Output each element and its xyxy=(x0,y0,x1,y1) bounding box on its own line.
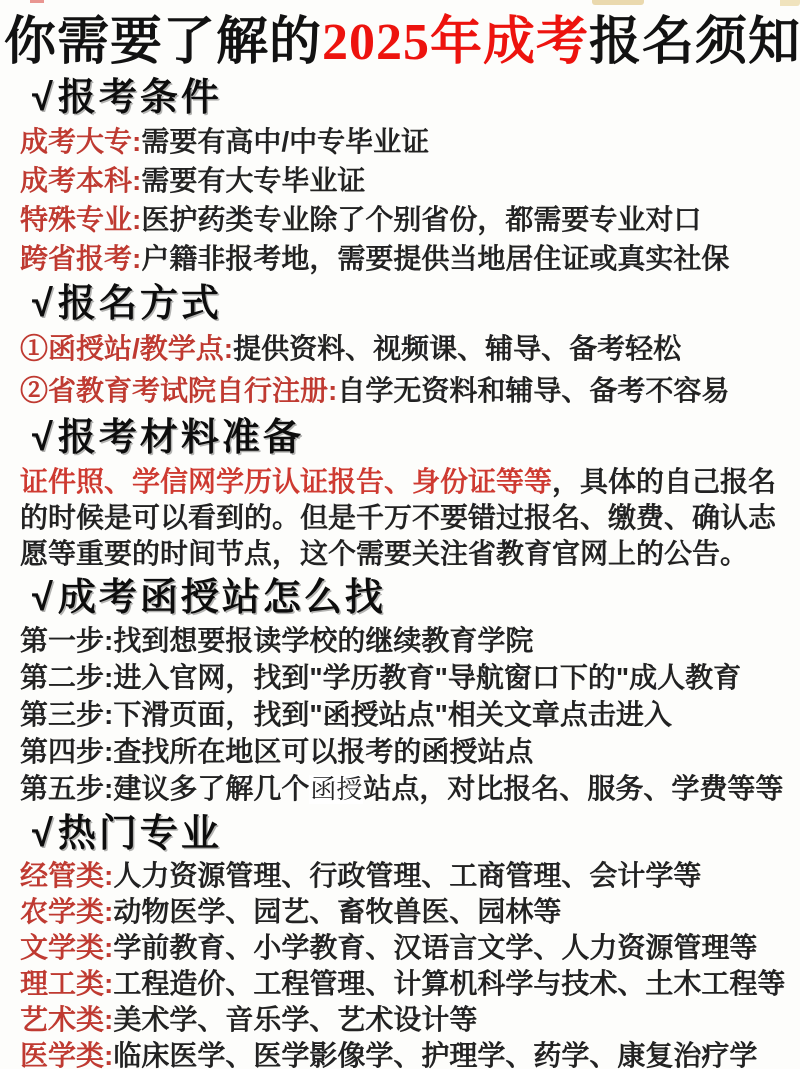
section-heading-register: √报名方式 xyxy=(20,280,780,328)
section-heading-conditions: √报考条件 xyxy=(20,74,780,122)
step-text: 查找所在地区可以报考的函授站点 xyxy=(113,736,533,767)
line-label: 跨省报考: xyxy=(20,243,141,274)
line-text: 户籍非报考地，需要提供当地居住证或真实社保 xyxy=(141,243,729,274)
checkmark-icon: √ xyxy=(32,77,56,119)
checkmark-icon: √ xyxy=(32,283,56,325)
major-line: 医学类:临床医学、医学影像学、护理学、药学、康复治疗学 xyxy=(20,1038,780,1069)
step-text-after: 站点，对比报名、服务、学费等等 xyxy=(363,773,783,804)
major-line: 理工类:工程造价、工程管理、计算机科学与技术、土木工程等 xyxy=(20,966,780,1002)
line-text: 医护药类专业除了个别省份，都需要专业对口 xyxy=(141,204,701,235)
major-line: 经管类:人力资源管理、行政管理、工商管理、会计学等 xyxy=(20,858,780,894)
title-prefix: 你需要了解的 xyxy=(4,14,322,71)
step-line: 第四步:查找所在地区可以报考的函授站点 xyxy=(20,733,780,770)
info-line: 成考大专:需要有高中/中专毕业证 xyxy=(20,122,780,161)
line-label: ①函授站/教学点: xyxy=(20,333,233,364)
section-heading-label: 报考条件 xyxy=(58,77,222,119)
step-line: 第五步:建议多了解几个函授站点，对比报名、服务、学费等等 xyxy=(20,770,780,808)
step-line: 第一步:找到想要报读学校的继续教育学院 xyxy=(20,622,780,659)
checkmark-icon: √ xyxy=(32,813,56,855)
section-steps: 第一步:找到想要报读学校的继续教育学院 第二步:进入官网，找到"学历教育"导航窗… xyxy=(20,622,780,808)
line-label: 成考本科: xyxy=(20,165,141,196)
step-text: 找到想要报读学校的继续教育学院 xyxy=(113,625,533,656)
tape-decoration xyxy=(592,0,644,5)
step-text: 进入官网，找到"学历教育"导航窗口下的"成人教育 xyxy=(113,662,741,693)
major-text: 工程造价、工程管理、计算机科学与技术、土木工程等 xyxy=(113,968,785,999)
section-heading-label: 热门专业 xyxy=(58,813,222,855)
step-text: 下滑页面，找到"函授站点"相关文章点击进入 xyxy=(113,699,672,730)
section-heading-label: 成考函授站怎么找 xyxy=(58,577,386,619)
section-register: ①函授站/教学点:提供资料、视频课、辅导、备考轻松 ②省教育考试院自行注册:自学… xyxy=(20,328,780,412)
line-label: 特殊专业: xyxy=(20,204,141,235)
section-heading-label: 报考材料准备 xyxy=(58,417,304,459)
section-majors: 经管类:人力资源管理、行政管理、工商管理、会计学等 农学类:动物医学、园艺、畜牧… xyxy=(20,858,780,1069)
title-highlight: 2025年成考 xyxy=(322,14,589,71)
section-conditions: 成考大专:需要有高中/中专毕业证 成考本科:需要有大专毕业证 特殊专业:医护药类… xyxy=(20,122,780,278)
step-label: 第一步: xyxy=(20,625,113,656)
line-text: 自学无资料和辅导、备考不容易 xyxy=(337,375,729,406)
major-label: 经管类: xyxy=(20,860,113,891)
info-line: 特殊专业:医护药类专业除了个别省份，都需要专业对口 xyxy=(20,200,780,239)
line-text: 需要有高中/中专毕业证 xyxy=(141,126,429,157)
major-label: 医学类: xyxy=(20,1040,113,1069)
major-text: 学前教育、小学教育、汉语言文学、人力资源管理等 xyxy=(113,932,757,963)
step-line: 第二步:进入官网，找到"学历教育"导航窗口下的"成人教育 xyxy=(20,659,780,696)
step-label: 第三步: xyxy=(20,699,113,730)
major-text: 美术学、音乐学、艺术设计等 xyxy=(113,1004,477,1035)
section-heading-majors: √热门专业 xyxy=(20,810,780,858)
content: √报考条件 成考大专:需要有高中/中专毕业证 成考本科:需要有大专毕业证 特殊专… xyxy=(0,74,800,1069)
info-line: 跨省报考:户籍非报考地，需要提供当地居住证或真实社保 xyxy=(20,239,780,278)
major-text: 动物医学、园艺、畜牧兽医、园林等 xyxy=(113,896,561,927)
section-heading-label: 报名方式 xyxy=(58,283,222,325)
major-label: 文学类: xyxy=(20,932,113,963)
step-label: 第二步: xyxy=(20,662,113,693)
section-heading-find-station: √成考函授站怎么找 xyxy=(20,574,780,622)
major-label: 理工类: xyxy=(20,968,113,999)
step-inset-text: 函授 xyxy=(309,775,363,804)
major-text: 临床医学、医学影像学、护理学、药学、康复治疗学 xyxy=(113,1040,757,1069)
major-line: 农学类:动物医学、园艺、畜牧兽医、园林等 xyxy=(20,894,780,930)
line-label: ②省教育考试院自行注册: xyxy=(20,375,337,406)
checkmark-icon: √ xyxy=(32,417,56,459)
checkmark-icon: √ xyxy=(32,577,56,619)
page-title: 你需要了解的2025年成考报名须知 xyxy=(4,14,796,72)
step-label: 第五步: xyxy=(20,773,113,804)
step-line: 第三步:下滑页面，找到"函授站点"相关文章点击进入 xyxy=(20,696,780,733)
info-line: ②省教育考试院自行注册:自学无资料和辅导、备考不容易 xyxy=(20,370,780,412)
line-text: 需要有大专毕业证 xyxy=(141,165,365,196)
tape-decoration xyxy=(30,0,44,3)
tape-decoration xyxy=(780,0,800,6)
major-line: 艺术类:美术学、音乐学、艺术设计等 xyxy=(20,1002,780,1038)
title-suffix: 报名须知 xyxy=(589,14,800,71)
major-line: 文学类:学前教育、小学教育、汉语言文学、人力资源管理等 xyxy=(20,930,780,966)
info-line: 成考本科:需要有大专毕业证 xyxy=(20,161,780,200)
major-label: 农学类: xyxy=(20,896,113,927)
line-text: 提供资料、视频课、辅导、备考轻松 xyxy=(233,333,681,364)
line-label: 成考大专: xyxy=(20,126,141,157)
section-heading-materials: √报考材料准备 xyxy=(20,414,780,462)
info-line: ①函授站/教学点:提供资料、视频课、辅导、备考轻松 xyxy=(20,328,780,370)
major-label: 艺术类: xyxy=(20,1004,113,1035)
poster: 你需要了解的2025年成考报名须知 √报考条件 成考大专:需要有高中/中专毕业证… xyxy=(0,0,800,1069)
step-label: 第四步: xyxy=(20,736,113,767)
materials-red-text: 证件照、学信网学历认证报告、身份证等等 xyxy=(20,466,552,497)
major-text: 人力资源管理、行政管理、工商管理、会计学等 xyxy=(113,860,701,891)
materials-paragraph: 证件照、学信网学历认证报告、身份证等等，具体的自己报名的时候是可以看到的。但是千… xyxy=(20,464,780,572)
step-text-before: 建议多了解几个 xyxy=(113,773,309,804)
